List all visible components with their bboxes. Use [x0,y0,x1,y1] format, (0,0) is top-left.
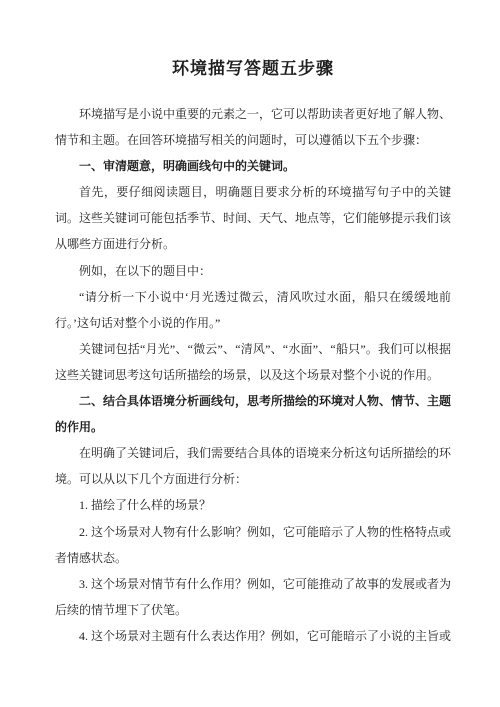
document-page: 环境描写答题五步骤 环境描写是小说中重要的元素之一，它可以帮助读者更好地了解人物… [0,0,500,707]
list-item-2: 2. 这个场景对人物有什么影响？例如，它可能暗示了人物的性格特点或者情感状态。 [55,519,451,571]
paragraph: 关键词包括“月光”、“微云”、“清风”、“水面”、“船只”。我们可以根据这些关键… [55,336,451,388]
example-quote: “请分析一下小说中‘月光透过微云，清风吹过水面，船只在缓缓地前行。’这句话对整个… [55,284,451,336]
document-title: 环境描写答题五步骤 [55,55,451,83]
paragraph: 首先，要仔细阅读题目，明确题目要求分析的环境描写句子中的关键词。这些关键词可能包… [55,179,451,257]
list-item-4: 4. 这个场景对主题有什么表达作用？例如，它可能暗示了小说的主旨或 [55,623,451,649]
paragraph: 例如，在以下的题目中： [55,258,451,284]
section-heading-1: 一、审清题意，明确画线句中的关键词。 [55,153,451,179]
list-item-3: 3. 这个场景对情节有什么作用？例如，它可能推动了故事的发展或者为后续的情节埋下… [55,571,451,623]
list-item-1: 1. 描绘了什么样的场景？ [55,492,451,518]
paragraph: 在明确了关键词后，我们需要结合具体的语境来分析这句话所描绘的环境。可以从以下几个… [55,440,451,492]
intro-paragraph: 环境描写是小说中重要的元素之一，它可以帮助读者更好地了解人物、情节和主题。在回答… [55,101,451,153]
section-heading-2: 二、结合具体语境分析画线句，思考所描绘的环境对人物、情节、主题的作用。 [55,388,451,440]
